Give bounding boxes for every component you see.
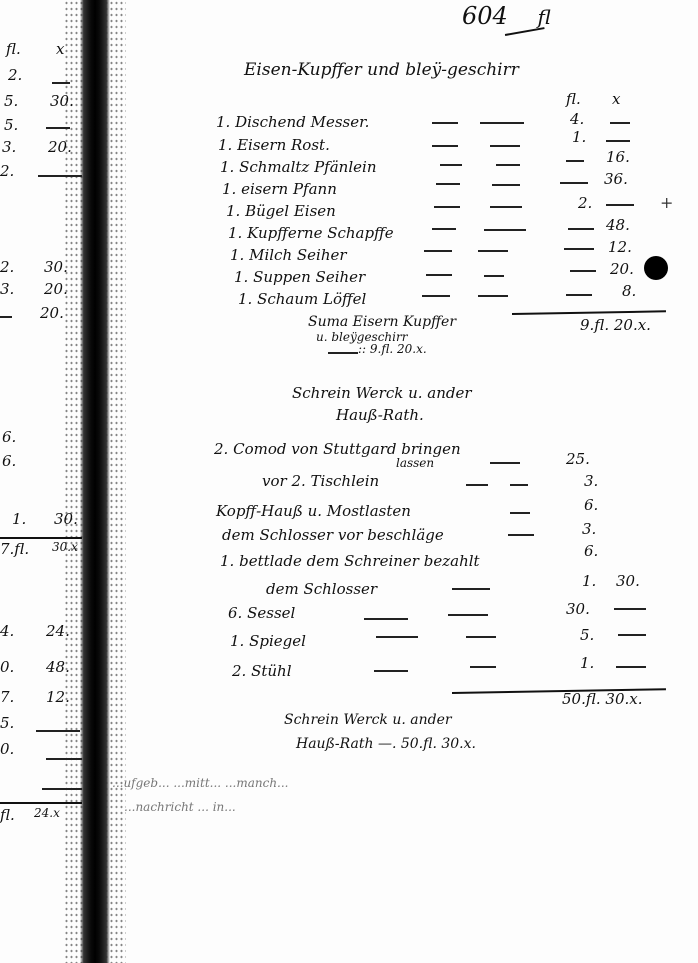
item-xr: 12. <box>608 238 632 256</box>
left-row-dash <box>42 788 82 790</box>
left-row-xr: 24. <box>46 622 70 640</box>
left-col-header-fl: fl. <box>6 40 21 58</box>
item-qty: 1. <box>238 290 252 308</box>
left-row-xr: 20. <box>48 138 72 156</box>
item-desc: Eisern Rost. <box>237 136 330 154</box>
ink-blot <box>644 256 668 280</box>
filler-dash <box>440 164 462 166</box>
left-row-fl: fl. <box>0 806 15 824</box>
filler-dash <box>510 484 528 486</box>
left-row-xr: 24.x <box>34 806 60 820</box>
left-sum-rule <box>0 802 82 804</box>
binding-spine <box>80 0 110 963</box>
item-qty: 1. <box>220 552 234 570</box>
bleed-through-text: ...ufgeb... ...mitt... ...manch... <box>112 776 289 790</box>
filler-dash <box>478 295 508 297</box>
filler-dash <box>490 206 522 208</box>
section-heading: Eisen-Kupffer und bleÿ-geschirr <box>244 60 519 80</box>
folio-number: 604 fl <box>462 2 551 30</box>
item-fl: 1. <box>572 128 586 146</box>
filler-dash <box>480 122 524 124</box>
filler-dash <box>422 295 450 297</box>
item-fl: 30. <box>566 600 590 618</box>
item-fl: 3. <box>584 472 598 490</box>
col-header-fl: fl. <box>566 90 581 108</box>
left-row-dash <box>46 127 70 129</box>
left-row-xr: 30. <box>54 510 78 528</box>
filler-dash <box>496 164 520 166</box>
item-fl-dash <box>564 248 594 250</box>
item-qty: 1. <box>230 246 244 264</box>
filler-dash <box>492 184 520 186</box>
item-fl: 1. <box>582 572 596 590</box>
item-xr-dash <box>616 666 646 668</box>
item-fl-dash <box>560 182 588 184</box>
item-qty: 1. <box>230 632 244 650</box>
left-row-fl: 6. <box>2 452 16 470</box>
folio-page-number: 604 <box>462 2 508 30</box>
margin-mark: + <box>660 193 673 212</box>
left-row-fl: 2. <box>0 162 14 180</box>
left-row-xr: 30. <box>50 92 74 110</box>
left-row-fl: 7.fl. <box>0 540 29 558</box>
filler-dash <box>484 229 526 231</box>
filler-dash <box>374 670 408 672</box>
filler-dash <box>478 250 508 252</box>
col-header-xr: x <box>612 90 620 108</box>
item-xr-dash <box>618 634 646 636</box>
item-xr: 30. <box>616 572 640 590</box>
item-xr: 20. <box>610 260 634 278</box>
filler-dash <box>426 274 452 276</box>
item-desc: Milch Seiher <box>249 246 346 264</box>
left-row-xr: 12. <box>46 688 70 706</box>
item-qty: 1. <box>220 158 234 176</box>
filler-dash <box>508 534 534 536</box>
item-desc: Kupfferne Schapffe <box>247 224 394 242</box>
section-total: 9.fl. 20.x. <box>580 316 651 334</box>
item-desc: Schmaltz Pfänlein <box>239 158 376 176</box>
section-total: 50.fl. 30.x. <box>562 690 642 708</box>
item-xr-dash <box>614 608 646 610</box>
left-row-xr: 20. <box>40 304 64 322</box>
left-row-fl: 5. <box>4 116 18 134</box>
left-sum-rule <box>0 537 82 539</box>
filler-dash <box>470 666 496 668</box>
item-desc: dem Schlosser <box>266 580 377 598</box>
sum-label: Schrein Werck u. ander <box>284 712 452 728</box>
left-row-fl: 0. <box>0 740 14 758</box>
item-desc: Suppen Seiher <box>253 268 365 286</box>
item-fl: 5. <box>580 626 594 644</box>
item-fl-dash <box>566 160 584 162</box>
item-xr: 36. <box>604 170 628 188</box>
sum-label: :: 9.fl. 20.x. <box>358 342 427 356</box>
item-xr: 16. <box>606 148 630 166</box>
filler-dash <box>436 183 460 185</box>
filler-dash <box>424 250 452 252</box>
left-row-fl: 5. <box>0 714 14 732</box>
item-qty: 2. <box>214 440 228 458</box>
filler-dash <box>484 275 504 277</box>
filler-dash <box>376 636 418 638</box>
left-row-fl: 4. <box>0 622 14 640</box>
left-row-xr: 30. <box>44 258 68 276</box>
item-desc: Dischend Messer. <box>235 113 369 131</box>
item-fl: 25. <box>566 450 590 468</box>
item-fl-dash <box>570 270 596 272</box>
item-desc: Spiegel <box>249 632 306 650</box>
item-fl-dash <box>566 294 592 296</box>
left-row-dash <box>36 730 80 732</box>
filler-dash <box>432 122 458 124</box>
filler-dash <box>364 618 408 620</box>
item-qty: 1. <box>218 136 232 154</box>
left-row-fl: 1. <box>12 510 26 528</box>
item-desc: dem Schlosser vor beschläge <box>222 526 444 544</box>
item-fl: 6. <box>584 496 598 514</box>
item-qty: 1. <box>216 113 230 131</box>
left-row-fl: 6. <box>2 428 16 446</box>
left-row-fl: 3. <box>0 280 14 298</box>
item-xr: 8. <box>622 282 636 300</box>
left-row-fl: 0. <box>0 658 14 676</box>
item-fl: 3. <box>582 520 596 538</box>
filler-dash <box>490 462 520 464</box>
filler-dash <box>432 145 458 147</box>
item-desc: eisern Pfann <box>241 180 337 198</box>
left-row-fl: 2. <box>8 66 22 84</box>
filler-dash <box>448 614 488 616</box>
sum-label: Hauß-Rath —. 50.fl. 30.x. <box>296 736 476 752</box>
filler-dash <box>434 206 460 208</box>
item-fl: 4. <box>570 110 584 128</box>
section-heading: Hauß-Rath. <box>336 406 424 424</box>
item-desc-continued: lassen <box>396 456 434 470</box>
item-qty: 6. <box>228 604 242 622</box>
left-row-dash <box>38 175 82 177</box>
item-desc: bettlade dem Schreiner bezahlt <box>239 552 479 570</box>
left-row-xr: 48. <box>46 658 70 676</box>
item-xr-dash <box>606 140 630 142</box>
item-qty: 1. <box>228 224 242 242</box>
item-desc: Bügel Eisen <box>245 202 336 220</box>
item-qty: 1. <box>226 202 240 220</box>
sum-underline <box>328 352 358 354</box>
sum-label: Suma Eisern Kupffer <box>308 314 456 330</box>
item-qty: 1. <box>222 180 236 198</box>
left-row-fl: 3. <box>2 138 16 156</box>
item-desc: vor 2. Tischlein <box>262 472 379 490</box>
item-xr-dash <box>606 204 634 206</box>
left-row-fl: 5. <box>4 92 18 110</box>
section-heading: Schrein Werck u. ander <box>292 384 472 402</box>
item-desc: Schaum Löffel <box>257 290 366 308</box>
item-desc: Stühl <box>251 662 291 680</box>
folio-mark: fl <box>537 5 550 29</box>
item-fl: 2. <box>578 194 592 212</box>
left-row-dash <box>46 758 82 760</box>
item-qty: 1. <box>234 268 248 286</box>
filler-dash <box>452 588 490 590</box>
filler-dash <box>510 512 530 514</box>
bleed-through-text: ...nachricht ... in... <box>124 800 236 814</box>
item-fl-dash <box>568 228 594 230</box>
sum-rule <box>512 310 666 314</box>
filler-dash <box>432 228 456 230</box>
item-fl: 1. <box>580 654 594 672</box>
left-row-xr: 30.x <box>52 540 78 554</box>
left-row-fl: 2. <box>0 258 14 276</box>
item-desc: Sessel <box>247 604 295 622</box>
left-row-xr: 20. <box>44 280 68 298</box>
filler-dash <box>466 636 496 638</box>
item-qty: 2. <box>232 662 246 680</box>
item-desc: Kopff-Hauß u. Mostlasten <box>216 502 411 520</box>
item-xr: 48. <box>606 216 630 234</box>
item-xr-dash <box>610 122 630 124</box>
left-row-dash <box>0 316 12 318</box>
left-col-header-xr: x <box>56 40 64 58</box>
left-row-dash <box>52 82 70 84</box>
item-fl: 6. <box>584 542 598 560</box>
ledger-page: 604 fl fl. x 2. 5. 30. 5. 3. 20. 2. 2. 3… <box>0 0 698 963</box>
filler-dash <box>490 145 520 147</box>
filler-dash <box>466 484 488 486</box>
left-row-fl: 7. <box>0 688 14 706</box>
